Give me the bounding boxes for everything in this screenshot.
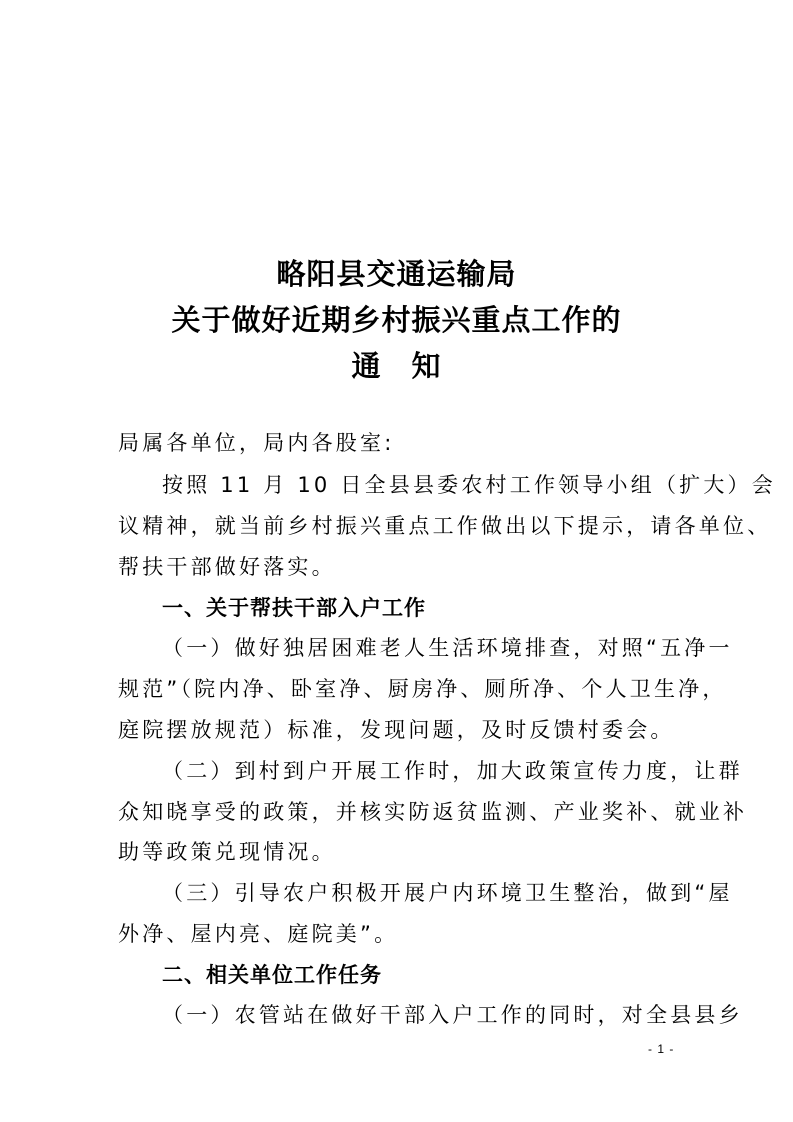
section-2-item-1-line-1: （一）农管站在做好干部入户工作的同时，对全县县乡 (162, 1000, 722, 1030)
intro-line-1: 按照 11 月 10 日全县县委农村工作领导小组（扩大）会 (162, 470, 722, 500)
document-page: 略阳县交通运输局 关于做好近期乡村振兴重点工作的 通 知 局属各单位，局内各股室… (0, 0, 793, 1122)
section-1-item-2-line-2: 众知晓享受的政策，并核实防返贫监测、产业奖补、就业补 (118, 797, 678, 827)
section-1-heading: 一、关于帮扶干部入户工作 (162, 593, 722, 623)
intro-line-3: 帮扶干部做好落实。 (118, 552, 678, 582)
intro-line-2: 议精神，就当前乡村振兴重点工作做出以下提示，请各单位、 (118, 511, 678, 541)
section-1-item-3-line-1: （三）引导农户积极开展户内环境卫生整治，做到“屋 (162, 878, 722, 908)
section-2-heading: 二、相关单位工作任务 (162, 960, 722, 990)
section-1-item-1-line-1: （一）做好独居困难老人生活环境排查，对照“五净一 (162, 633, 722, 663)
section-1-item-2-line-3: 助等政策兑现情况。 (118, 837, 678, 867)
section-1-item-2-line-1: （二）到村到户开展工作时，加大政策宣传力度，让群 (162, 756, 722, 786)
section-1-item-3-line-2: 外净、屋内亮、庭院美”。 (118, 919, 678, 949)
title-line-3: 通 知 (0, 344, 793, 388)
section-1-item-1-line-3: 庭院摆放规范）标准，发现问题，及时反馈村委会。 (118, 715, 678, 745)
title-line-1: 略阳县交通运输局 (0, 252, 793, 296)
title-line-2: 关于做好近期乡村振兴重点工作的 (0, 298, 793, 342)
section-1-item-1-line-2: 规范”（院内净、卧室净、厨房净、厕所净、个人卫生净， (118, 674, 678, 704)
page-number: - 1 - (648, 1042, 674, 1056)
salutation: 局属各单位，局内各股室: (118, 428, 678, 458)
